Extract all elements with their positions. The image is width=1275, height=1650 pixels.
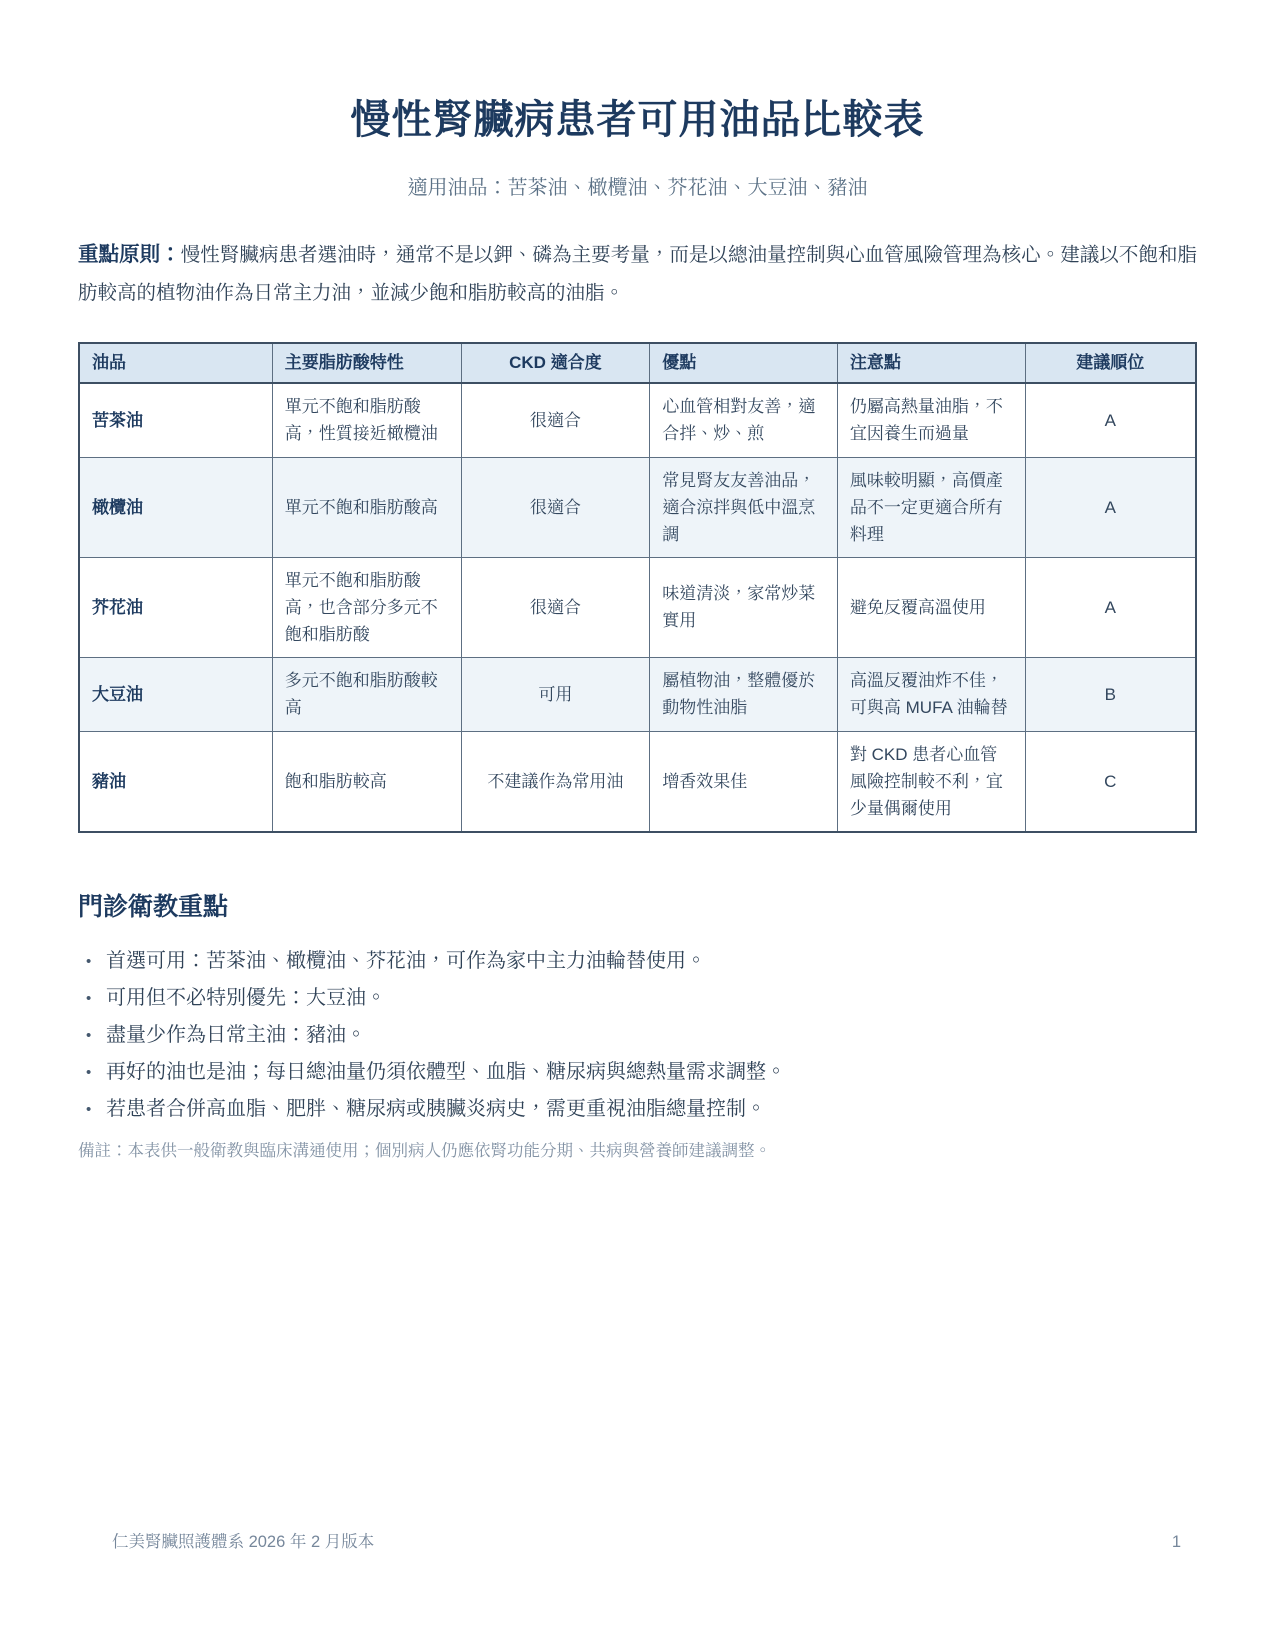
column-header-rank: 建議順位: [1025, 343, 1196, 383]
cell-rank: A: [1025, 557, 1196, 657]
cell-pros: 心血管相對友善，適合拌、炒、煎: [650, 383, 838, 457]
page-title: 慢性腎臟病患者可用油品比較表: [78, 88, 1197, 145]
document-content: 慢性腎臟病患者可用油品比較表 適用油品：苦茶油、橄欖油、芥花油、大豆油、豬油 重…: [0, 88, 1275, 1164]
cell-pros: 常見腎友友善油品，適合涼拌與低中溫烹調: [650, 457, 838, 557]
cell-rank: A: [1025, 383, 1196, 457]
list-item: 再好的油也是油；每日總油量仍須依體型、血脂、糖尿病與總熱量需求調整。: [78, 1054, 1197, 1091]
cell-cautions: 避免反覆高溫使用: [837, 557, 1025, 657]
cell-rank: B: [1025, 657, 1196, 731]
table-row: 豬油 飽和脂肪較高 不建議作為常用油 增香效果佳 對 CKD 患者心血管風險控制…: [79, 731, 1196, 832]
cell-pros: 味道清淡，家常炒菜實用: [650, 557, 838, 657]
cell-fatty-acid: 單元不飽和脂肪酸高，性質接近橄欖油: [272, 383, 461, 457]
oil-comparison-table: 油品 主要脂肪酸特性 CKD 適合度 優點 注意點 建議順位 苦茶油 單元不飽和…: [78, 342, 1197, 833]
key-principle-label: 重點原則：: [78, 243, 181, 266]
cell-cautions: 對 CKD 患者心血管風險控制較不利，宜少量偶爾使用: [837, 731, 1025, 832]
cell-cautions: 風味較明顯，高價產品不一定更適合所有料理: [837, 457, 1025, 557]
cell-oil-name: 橄欖油: [79, 457, 272, 557]
cell-fatty-acid: 單元不飽和脂肪酸高: [272, 457, 461, 557]
page-footer: 仁美腎臟照護體系 2026 年 2 月版本 1: [0, 1528, 1275, 1552]
education-bullet-list: 首選可用：苦茶油、橄欖油、芥花油，可作為家中主力油輪替使用。 可用但不必特別優先…: [78, 943, 1197, 1128]
cell-cautions: 高溫反覆油炸不佳，可與高 MUFA 油輪替: [837, 657, 1025, 731]
footer-organization-version: 仁美腎臟照護體系 2026 年 2 月版本: [112, 1528, 374, 1552]
list-item: 首選可用：苦茶油、橄欖油、芥花油，可作為家中主力油輪替使用。: [78, 943, 1197, 980]
page-subtitle: 適用油品：苦茶油、橄欖油、芥花油、大豆油、豬油: [78, 171, 1197, 200]
cell-oil-name: 豬油: [79, 731, 272, 832]
list-item: 可用但不必特別優先：大豆油。: [78, 980, 1197, 1017]
key-principle-paragraph: 重點原則：慢性腎臟病患者選油時，通常不是以鉀、磷為主要考量，而是以總油量控制與心…: [78, 236, 1197, 312]
cell-pros: 增香效果佳: [650, 731, 838, 832]
cell-ckd-suitability: 很適合: [461, 557, 650, 657]
cell-fatty-acid: 單元不飽和脂肪酸高，也含部分多元不飽和脂肪酸: [272, 557, 461, 657]
column-header-cautions: 注意點: [837, 343, 1025, 383]
column-header-pros: 優點: [650, 343, 838, 383]
cell-ckd-suitability: 很適合: [461, 457, 650, 557]
cell-oil-name: 苦茶油: [79, 383, 272, 457]
table-header-row: 油品 主要脂肪酸特性 CKD 適合度 優點 注意點 建議順位: [79, 343, 1196, 383]
column-header-fatty-acid: 主要脂肪酸特性: [272, 343, 461, 383]
cell-cautions: 仍屬高熱量油脂，不宜因養生而過量: [837, 383, 1025, 457]
column-header-ckd-suitability: CKD 適合度: [461, 343, 650, 383]
list-item: 若患者合併高血脂、肥胖、糖尿病或胰臟炎病史，需更重視油脂總量控制。: [78, 1091, 1197, 1128]
cell-oil-name: 大豆油: [79, 657, 272, 731]
footnote: 備註：本表供一般衛教與臨床溝通使用；個別病人仍應依腎功能分期、共病與營養師建議調…: [78, 1138, 1197, 1164]
cell-rank: A: [1025, 457, 1196, 557]
list-item: 盡量少作為日常主油：豬油。: [78, 1017, 1197, 1054]
cell-oil-name: 芥花油: [79, 557, 272, 657]
document-page: 慢性腎臟病患者可用油品比較表 適用油品：苦茶油、橄欖油、芥花油、大豆油、豬油 重…: [0, 0, 1275, 1650]
key-principle-text: 慢性腎臟病患者選油時，通常不是以鉀、磷為主要考量，而是以總油量控制與心血管風險管…: [78, 244, 1197, 304]
table-row: 大豆油 多元不飽和脂肪酸較高 可用 屬植物油，整體優於動物性油脂 高溫反覆油炸不…: [79, 657, 1196, 731]
table-row: 橄欖油 單元不飽和脂肪酸高 很適合 常見腎友友善油品，適合涼拌與低中溫烹調 風味…: [79, 457, 1196, 557]
cell-pros: 屬植物油，整體優於動物性油脂: [650, 657, 838, 731]
column-header-oil: 油品: [79, 343, 272, 383]
cell-fatty-acid: 飽和脂肪較高: [272, 731, 461, 832]
cell-rank: C: [1025, 731, 1196, 832]
cell-ckd-suitability: 可用: [461, 657, 650, 731]
table-row: 苦茶油 單元不飽和脂肪酸高，性質接近橄欖油 很適合 心血管相對友善，適合拌、炒、…: [79, 383, 1196, 457]
table-row: 芥花油 單元不飽和脂肪酸高，也含部分多元不飽和脂肪酸 很適合 味道清淡，家常炒菜…: [79, 557, 1196, 657]
cell-fatty-acid: 多元不飽和脂肪酸較高: [272, 657, 461, 731]
cell-ckd-suitability: 很適合: [461, 383, 650, 457]
education-section-heading: 門診衛教重點: [78, 887, 1197, 923]
page-number: 1: [1172, 1533, 1181, 1552]
cell-ckd-suitability: 不建議作為常用油: [461, 731, 650, 832]
